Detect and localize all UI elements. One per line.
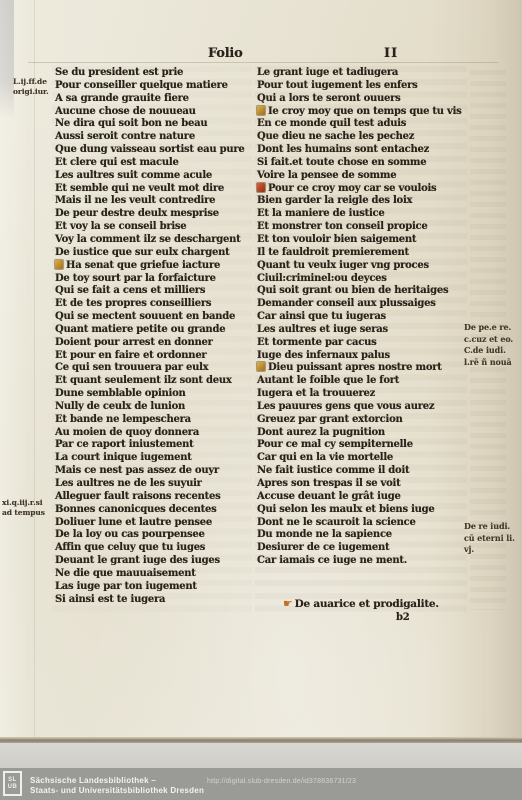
margin-note-line: ad tempus <box>2 508 45 518</box>
library-name-line2: Staats- und Universitätsbibliothek Dresd… <box>30 786 204 796</box>
verse-line: Les aultres et iuge seras <box>257 324 469 337</box>
verse-text: Dieu puissant apres nostre mort <box>268 362 442 373</box>
verse-text: Se du president est prie <box>55 67 183 78</box>
capitulum-mark-icon <box>257 106 265 115</box>
verse-line: Bonnes canonicques decentes <box>55 504 257 517</box>
verse-text: Ha senat que griefue iacture <box>66 260 220 271</box>
verse-text: Aucune chose de nouueau <box>55 106 196 117</box>
verse-text: Accuse deuant le grât iuge <box>257 491 401 502</box>
folio-number: II <box>384 46 398 61</box>
verse-text: Ne fait iustice comme il doit <box>257 465 409 476</box>
verse-line: Et clere qui est macule <box>55 157 257 170</box>
verse-line: Il te fauldroit premierement <box>257 247 469 260</box>
capitulum-mark-icon <box>257 183 265 192</box>
verse-line: Iuge des infernaux palus <box>257 350 469 363</box>
margin-note-line: cū eterni li. <box>464 533 515 545</box>
capitulum-mark-icon <box>257 362 265 371</box>
verse-text: Qui a lors te seront ouuers <box>257 93 401 104</box>
verse-line: Et ton vouloir bien saigement <box>257 234 469 247</box>
margin-note-right-mid: De pe.e re.c.cuz et eo.C.de iudi.l.rē ñ … <box>464 322 513 368</box>
page-crease-line <box>28 62 498 63</box>
verse-text: Si ainsi est te iugera <box>55 594 165 605</box>
verse-text: Du monde ne la sapience <box>257 529 392 540</box>
verse-line: En ce monde quil test aduis <box>257 118 469 131</box>
verse-line: Quant tu veulx iuger vng proces <box>257 260 469 273</box>
verse-text: Pour ce mal cy sempiternelle <box>257 439 413 450</box>
margin-note-line: vj. <box>464 544 515 556</box>
verse-line: Car qui en la vie mortelle <box>257 452 469 465</box>
verse-line: Et la maniere de iustice <box>257 208 469 221</box>
verse-column-left: Se du president est priePour conseiller … <box>55 67 257 606</box>
verse-text: Et monstrer ton conseil propice <box>257 221 427 232</box>
margin-note-right-bottom: De re iudi.cū eterni li.vj. <box>464 521 515 556</box>
verse-text: Iugera et la trouuerez <box>257 388 375 399</box>
slub-logo-letters: UB <box>8 784 18 791</box>
verse-line: Voire la pensee de somme <box>257 170 469 183</box>
verse-text: Au moien de quoy donnera <box>55 427 199 438</box>
folio-label: Folio <box>208 46 243 61</box>
verse-line: Et tormente par cacus <box>257 337 469 350</box>
margin-note-line: origi.iur. <box>13 87 49 97</box>
verse-line: Ne fait iustice comme il doit <box>257 465 469 478</box>
verse-text: Doient pour arrest en donner <box>55 337 213 348</box>
verse-line: Car iamais ce iuge ne ment. <box>257 555 469 568</box>
verse-line: Se du president est prie <box>55 67 257 80</box>
verse-line: Apres son trespas il se voit <box>257 478 469 491</box>
verse-text: Dont aurez la pugnition <box>257 427 385 438</box>
verse-text: Les aultres ne de les suyuir <box>55 478 202 489</box>
manicule-icon: ☛ <box>283 597 293 610</box>
verse-line: Le grant iuge et tadiugera <box>257 67 469 80</box>
verse-text: Alleguer fault raisons recentes <box>55 491 221 502</box>
verse-line: De iustice que sur eulx chargent <box>55 247 257 260</box>
verse-text: Voire la pensee de somme <box>257 170 396 181</box>
verse-line: Dieu puissant apres nostre mort <box>257 362 469 375</box>
verse-line: Car ainsi que tu iugeras <box>257 311 469 324</box>
verse-text: Voy la comment ilz se deschargent <box>55 234 241 245</box>
verse-text: Deuant le grant iuge des iuges <box>55 555 220 566</box>
verse-text: Autant le foible que le fort <box>257 375 399 386</box>
verse-line: De la loy ou cas pourpensee <box>55 529 257 542</box>
verse-text: Quant matiere petite ou grande <box>55 324 225 335</box>
verse-line: La court inique iugement <box>55 452 257 465</box>
verse-line: Aucune chose de nouueau <box>55 106 257 119</box>
verse-line: Doient pour arrest en donner <box>55 337 257 350</box>
verse-text: Greuez par grant extorcion <box>257 414 403 425</box>
verse-text: En ce monde quil test aduis <box>257 118 406 129</box>
verse-line: Pour ce mal cy sempiternelle <box>257 439 469 452</box>
verse-text: Bonnes canonicques decentes <box>55 504 216 515</box>
verse-text: Car iamais ce iuge ne ment. <box>257 555 407 566</box>
verse-line: Ne dira qui soit bon ne beau <box>55 118 257 131</box>
verse-text: De toy sourt par la forfaicture <box>55 273 216 284</box>
verse-line: Nully de ceulx de lunion <box>55 401 257 414</box>
library-name: Sächsische Landesbibliothek – Staats- un… <box>30 776 204 796</box>
slub-logo-letters: SL <box>8 777 17 784</box>
verse-text: De iustice que sur eulx chargent <box>55 247 230 258</box>
verse-text: Pour tout iugement les enfers <box>257 80 418 91</box>
verse-text: Mais il ne les veult contredire <box>55 195 215 206</box>
verse-line: Et pour en faire et ordonner <box>55 350 257 363</box>
verse-text: Affin que celuy que tu iuges <box>55 542 205 553</box>
verse-text: Et la maniere de iustice <box>257 208 385 219</box>
verse-line: Et quant seulement ilz sont deux <box>55 375 257 388</box>
verse-text: Et semble qui ne veult mot dire <box>55 183 224 194</box>
verse-line: Du monde ne la sapience <box>257 529 469 542</box>
manuscript-scan-viewer: Folio II L.ij.ff.deorigi.iur. xi.q.iij.r… <box>0 0 522 800</box>
verse-line: Qui se mectent souuent en bande <box>55 311 257 324</box>
verse-text: Aussi seroit contre nature <box>55 131 195 142</box>
verse-text: Iuge des infernaux palus <box>257 350 390 361</box>
verse-text: Dont ne le scauroit la science <box>257 517 416 528</box>
verse-column-right: Le grant iuge et tadiugeraPour tout iuge… <box>257 67 469 568</box>
verse-text: Et voy la se conseil brise <box>55 221 186 232</box>
verse-text: Ne die que mauuaisement <box>55 568 196 579</box>
verse-text: Bien garder la reigle des loix <box>257 195 412 206</box>
verse-line: Ie croy moy que on temps que tu vis <box>257 106 469 119</box>
verse-line: Mais ce nest pas assez de ouyr <box>55 465 257 478</box>
verse-line: Et monstrer ton conseil propice <box>257 221 469 234</box>
verse-text: Ce qui sen trouuera par eulx <box>55 362 208 373</box>
verse-text: Et clere qui est macule <box>55 157 179 168</box>
verse-line: Aussi seroit contre nature <box>55 131 257 144</box>
verse-line: Au moien de quoy donnera <box>55 427 257 440</box>
verse-line: Greuez par grant extorcion <box>257 414 469 427</box>
verse-line: De toy sourt par la forfaicture <box>55 273 257 286</box>
quire-signature: b2 <box>396 612 409 623</box>
verse-line: Si ainsi est te iugera <box>55 594 257 607</box>
verse-text: Et bande ne lempeschera <box>55 414 191 425</box>
verse-line: Qui se fait a cens et milliers <box>55 285 257 298</box>
verse-line: Bien garder la reigle des loix <box>257 195 469 208</box>
verse-line: Que dieu ne sache les pechez <box>257 131 469 144</box>
verse-line: Deuant le grant iuge des iuges <box>55 555 257 568</box>
verse-text: Pour conseiller quelque matiere <box>55 80 228 91</box>
verse-text: Dont les humains sont entachez <box>257 144 429 155</box>
margin-note-line: xi.q.iij.r.si <box>2 498 45 508</box>
verse-line: Autant le foible que le fort <box>257 375 469 388</box>
verse-line: Les aultres suit comme acule <box>55 170 257 183</box>
verse-line: Mais il ne les veult contredire <box>55 195 257 208</box>
margin-note-line: c.cuz et eo. <box>464 334 513 346</box>
verse-line: Qui soit grant ou bien de heritaiges <box>257 285 469 298</box>
verse-line: A sa grande grauite fiere <box>55 93 257 106</box>
page-stack-edge <box>0 0 35 740</box>
verse-line: Alleguer fault raisons recentes <box>55 491 257 504</box>
verse-text: Demander conseil aux plussaiges <box>257 298 436 309</box>
verse-line: Quant matiere petite ou grande <box>55 324 257 337</box>
verse-text: Desiurer de ce iugement <box>257 542 389 553</box>
verse-text: Qui se fait a cens et milliers <box>55 285 205 296</box>
verse-text: De peur destre deulx mesprise <box>55 208 219 219</box>
verse-line: Ce qui sen trouuera par eulx <box>55 362 257 375</box>
verse-text: Ciuil:criminel:ou deyces <box>257 273 387 284</box>
verse-text: Les pauures gens que vous aurez <box>257 401 434 412</box>
verse-text: Apres son trespas il se voit <box>257 478 400 489</box>
verse-text: La court inique iugement <box>55 452 192 463</box>
verse-line: Si fait.et toute chose en somme <box>257 157 469 170</box>
margin-note-line: C.de iudi. <box>464 345 513 357</box>
verse-text: Et ton vouloir bien saigement <box>257 234 416 245</box>
verse-text: Qui se mectent souuent en bande <box>55 311 235 322</box>
verse-line: Les pauures gens que vous aurez <box>257 401 469 414</box>
section-heading-text: De auarice et prodigalite. <box>295 598 439 610</box>
verse-text: Le grant iuge et tadiugera <box>257 67 398 78</box>
verse-line: De peur destre deulx mesprise <box>55 208 257 221</box>
verse-text: Doliuer lune et lautre pensee <box>55 517 212 528</box>
verse-line: Ciuil:criminel:ou deyces <box>257 273 469 286</box>
verse-line: Pour ce croy moy car se voulois <box>257 183 469 196</box>
verse-line: Pour conseiller quelque matiere <box>55 80 257 93</box>
verse-line: Qui a lors te seront ouuers <box>257 93 469 106</box>
verse-line: Ne die que mauuaisement <box>55 568 257 581</box>
margin-note-line: De pe.e re. <box>464 322 513 334</box>
scan-table-background <box>0 743 522 768</box>
verse-text: Mais ce nest pas assez de ouyr <box>55 465 219 476</box>
margin-note-line: De re iudi. <box>464 521 515 533</box>
verse-line: Doliuer lune et lautre pensee <box>55 517 257 530</box>
verse-text: Ie croy moy que on temps que tu vis <box>268 106 462 117</box>
verse-line: Dont ne le scauroit la science <box>257 517 469 530</box>
verse-text: Pour ce croy moy car se voulois <box>268 183 436 194</box>
verse-line: Dont aurez la pugnition <box>257 427 469 440</box>
verse-line: Par ce raport iniustement <box>55 439 257 452</box>
verse-text: Il te fauldroit premierement <box>257 247 409 258</box>
book-page: Folio II L.ij.ff.deorigi.iur. xi.q.iij.r… <box>0 0 522 742</box>
section-heading: ☛De auarice et prodigalite. <box>283 597 439 610</box>
verse-text: Que dieu ne sache les pechez <box>257 131 414 142</box>
verse-line: Affin que celuy que tu iuges <box>55 542 257 555</box>
verse-text: Car qui en la vie mortelle <box>257 452 393 463</box>
verse-text: Les aultres suit comme acule <box>55 170 212 181</box>
verse-text: Que dung vaisseau sortist eau pure <box>55 144 244 155</box>
verse-text: De la loy ou cas pourpensee <box>55 529 205 540</box>
capitulum-mark-icon <box>55 260 63 269</box>
margin-note-line: l.rē ñ nouā <box>464 357 513 369</box>
verse-text: Nully de ceulx de lunion <box>55 401 185 412</box>
verse-line: Pour tout iugement les enfers <box>257 80 469 93</box>
verse-text: Et tormente par cacus <box>257 337 377 348</box>
library-name-line1: Sächsische Landesbibliothek – <box>30 776 204 786</box>
verse-line: Ha senat que griefue iacture <box>55 260 257 273</box>
verse-line: Iugera et la trouuerez <box>257 388 469 401</box>
slub-logo: SL UB <box>3 771 22 796</box>
verse-line: Dune semblable opinion <box>55 388 257 401</box>
verse-text: A sa grande grauite fiere <box>55 93 189 104</box>
verse-text: Dune semblable opinion <box>55 388 186 399</box>
footer-url: http://digital.slub-dresden.de/id3786367… <box>207 778 356 785</box>
verse-text: Les aultres et iuge seras <box>257 324 388 335</box>
verse-text: Las iuge par ton iugement <box>55 581 197 592</box>
verse-line: Desiurer de ce iugement <box>257 542 469 555</box>
verse-line: Qui selon les maulx et biens iuge <box>257 504 469 517</box>
verse-text: Et pour en faire et ordonner <box>55 350 206 361</box>
verse-line: Et de tes propres conseilliers <box>55 298 257 311</box>
verse-line: Et bande ne lempeschera <box>55 414 257 427</box>
verse-line: Que dung vaisseau sortist eau pure <box>55 144 257 157</box>
verse-text: Par ce raport iniustement <box>55 439 194 450</box>
verse-line: Accuse deuant le grât iuge <box>257 491 469 504</box>
verse-text: Qui soit grant ou bien de heritaiges <box>257 285 448 296</box>
margin-note-left-top: L.ij.ff.deorigi.iur. <box>13 77 49 96</box>
verse-line: Las iuge par ton iugement <box>55 581 257 594</box>
verse-line: Demander conseil aux plussaiges <box>257 298 469 311</box>
verse-line: Et voy la se conseil brise <box>55 221 257 234</box>
verse-text: Quant tu veulx iuger vng proces <box>257 260 429 271</box>
verse-line: Dont les humains sont entachez <box>257 144 469 157</box>
verse-line: Voy la comment ilz se deschargent <box>55 234 257 247</box>
margin-note-line: L.ij.ff.de <box>13 77 49 87</box>
verse-text: Car ainsi que tu iugeras <box>257 311 386 322</box>
library-footer-bar: SL UB Sächsische Landesbibliothek – Staa… <box>0 768 522 800</box>
verse-line: Et semble qui ne veult mot dire <box>55 183 257 196</box>
verse-text: Et quant seulement ilz sont deux <box>55 375 232 386</box>
verse-text: Et de tes propres conseilliers <box>55 298 211 309</box>
verse-text: Si fait.et toute chose en somme <box>257 157 426 168</box>
verse-text: Qui selon les maulx et biens iuge <box>257 504 435 515</box>
verse-text: Ne dira qui soit bon ne beau <box>55 118 207 129</box>
margin-note-left-mid: xi.q.iij.r.siad tempus <box>2 498 45 517</box>
verse-line: Les aultres ne de les suyuir <box>55 478 257 491</box>
